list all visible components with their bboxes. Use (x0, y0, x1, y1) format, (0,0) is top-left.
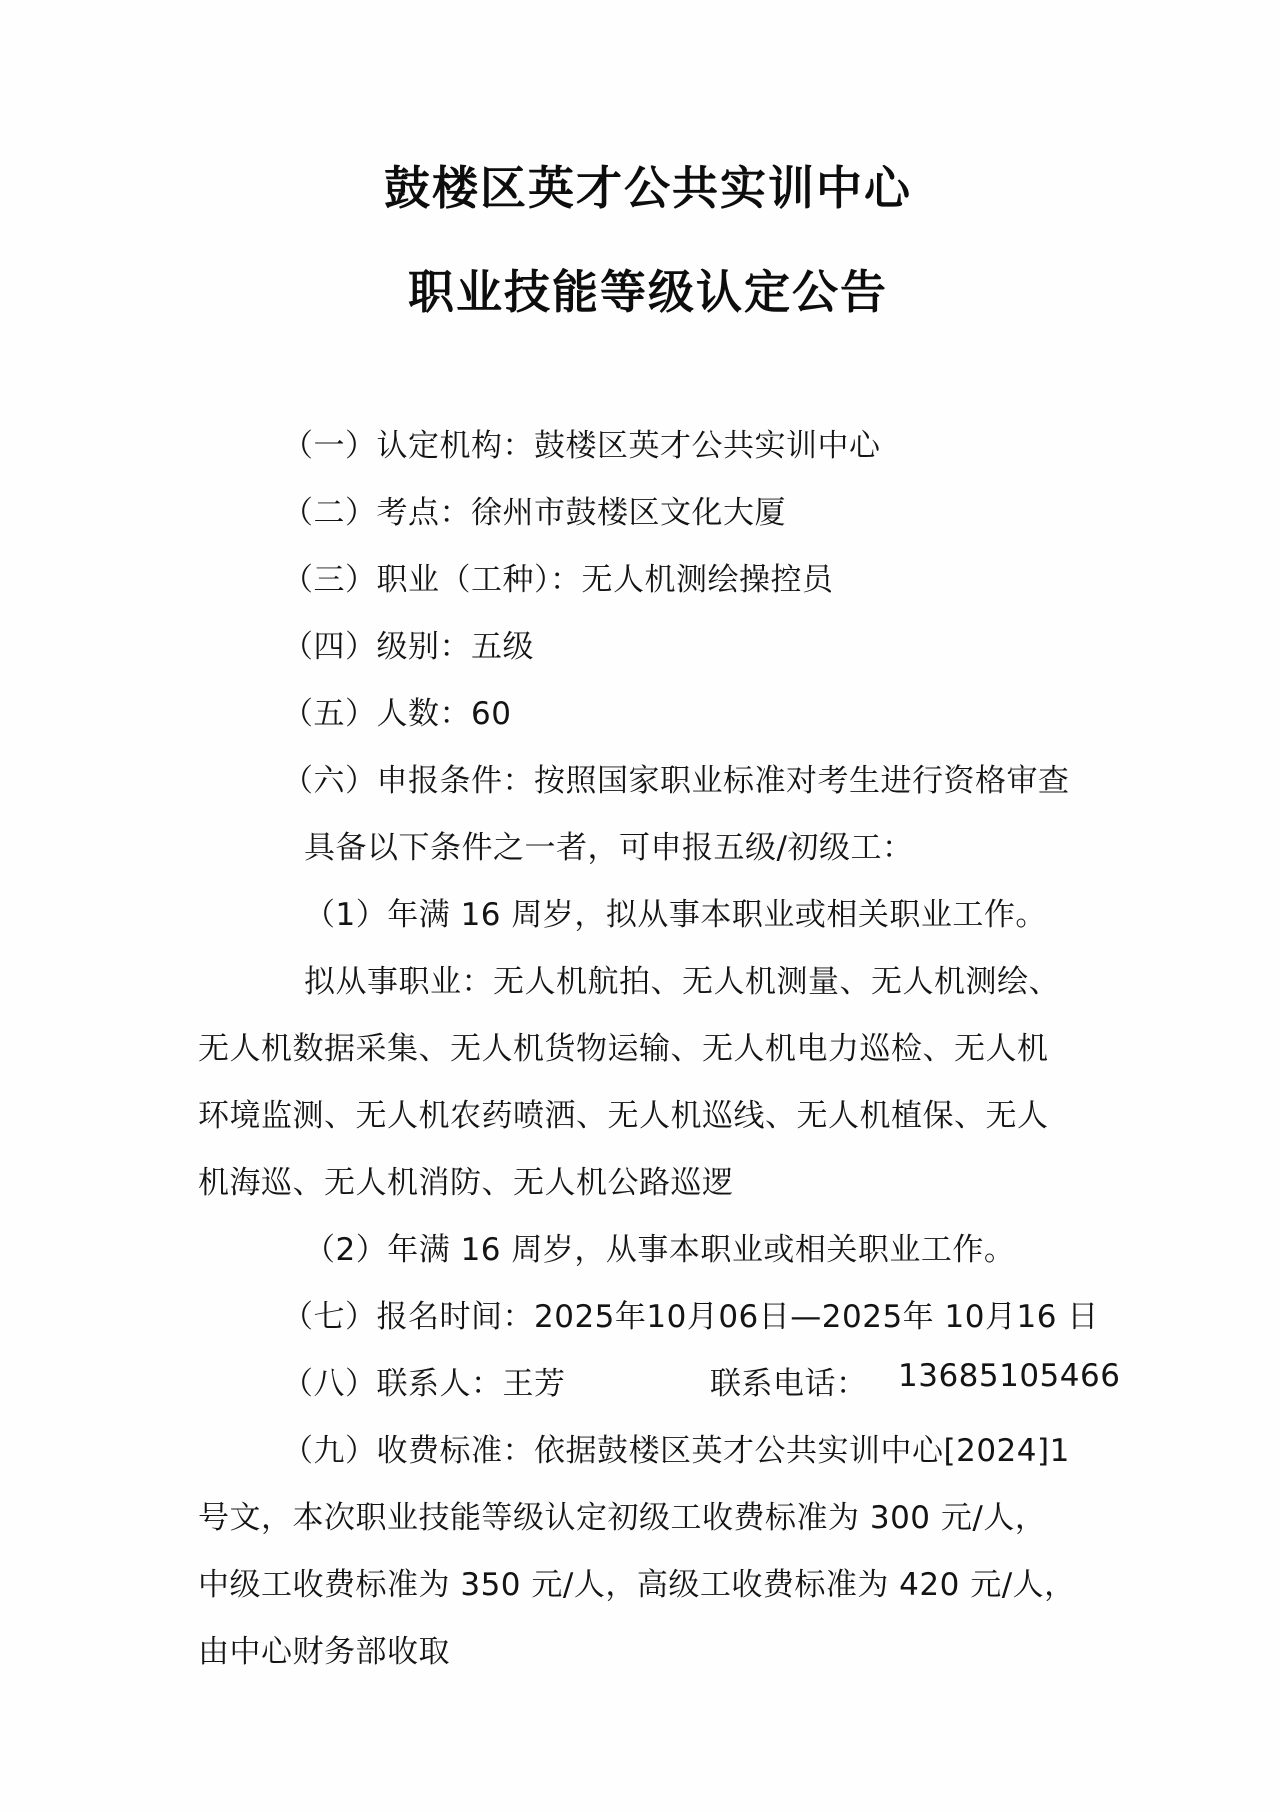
item-contact-phone: 13685105466 (898, 1358, 1120, 1394)
item-eligibility-cont: 具备以下条件之一者，可申报五级/初级工： (304, 822, 913, 867)
condition-1-jobs-cont: 无人机数据采集、无人机货物运输、无人机电力巡检、无人机 (198, 1023, 1049, 1068)
item-certifying-body: （一）认定机构：鼓楼区英才公共实训中心 (282, 420, 881, 465)
condition-1-jobs-cont: 机海巡、无人机消防、无人机公路巡逻 (198, 1157, 734, 1202)
condition-1: （1）年满 16 周岁，拟从事本职业或相关职业工作。 (304, 889, 1047, 934)
item-fee-standard-cont: 中级工收费标准为 350 元/人，高级工收费标准为 420 元/人， (198, 1559, 1076, 1604)
condition-1-jobs-cont: 环境监测、无人机农药喷洒、无人机巡线、无人机植保、无人 (198, 1090, 1049, 1135)
item-fee-standard-cont: 号文，本次职业技能等级认定初级工收费标准为 300 元/人， (198, 1492, 1046, 1537)
announcement-page: 鼓楼区英才公共实训中心 职业技能等级认定公告 （一）认定机构：鼓楼区英才公共实训… (0, 0, 1280, 1812)
item-level: （四）级别：五级 (282, 621, 534, 666)
item-contact-phone-label: 联系电话： (710, 1358, 868, 1403)
document-title-subject: 职业技能等级认定公告 (8, 256, 1280, 322)
item-registration-period: （七）报名时间：2025年10月06日—2025年 10月16 日 (282, 1291, 1099, 1336)
item-exam-site: （二）考点：徐州市鼓楼区文化大厦 (282, 487, 786, 532)
item-headcount: （五）人数：60 (282, 688, 511, 733)
condition-2: （2）年满 16 周岁，从事本职业或相关职业工作。 (304, 1224, 1015, 1269)
item-fee-standard-cont: 由中心财务部收取 (198, 1626, 450, 1671)
document-title-org: 鼓楼区英才公共实训中心 (8, 152, 1280, 218)
item-eligibility: （六）申报条件：按照国家职业标准对考生进行资格审查 (282, 755, 1070, 800)
condition-1-jobs: 拟从事职业：无人机航拍、无人机测量、无人机测绘、 (304, 956, 1060, 1001)
item-occupation: （三）职业（工种）：无人机测绘操控员 (282, 554, 834, 599)
item-contact-person: （八）联系人：王芳 (282, 1358, 566, 1403)
item-fee-standard: （九）收费标准：依据鼓楼区英才公共实训中心[2024]1 (282, 1425, 1070, 1470)
